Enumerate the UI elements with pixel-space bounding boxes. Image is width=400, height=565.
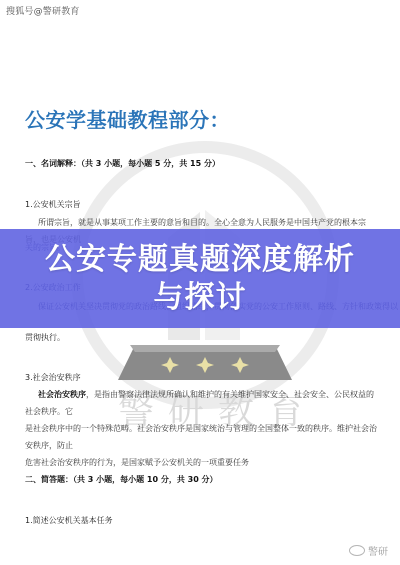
banner-title-line1: 公安专题真题深度解析 (45, 241, 355, 279)
item-title-3: 3.社会治安秩序 (25, 372, 81, 383)
paragraph-line: 是社会秩序中的一个特殊范畴。社会治安秩序是国家统治与管理的全国整体一致的秩序。维… (25, 424, 377, 450)
banner: 公安专题真题深度解析 与探讨 (0, 229, 400, 328)
section-heading-1: 一、名词解释：（共 3 小题，每小题 5 分，共 15 分） (25, 158, 220, 169)
item-title-1: 1.公安机关宗旨 (25, 199, 81, 210)
section-heading-2: 二、简答题：（共 3 小题，每小题 10 分，共 30 分） (25, 474, 218, 485)
paragraph-line: 危害社会治安秩序的行为，是国家赋予公安机关的一项重要任务 (25, 458, 249, 467)
item-paragraph-3: 社会治安秩序，是指由警察法律法规所确认和维护的有关维护国家安全、社会安全、公民权… (25, 386, 380, 471)
wechat-icon (349, 545, 365, 556)
footer-logo: 警研 (349, 543, 388, 558)
document-title: 公安学基础教程部分： (25, 104, 230, 133)
banner-title-line2: 与探讨 (154, 279, 247, 317)
item-title-s2-1: 1.简述公安机关基本任务 (25, 515, 113, 526)
footer-logo-text: 警研 (368, 543, 388, 558)
paragraph-bold-term: 社会治安秩序 (38, 390, 86, 399)
source-caption: 搜狐号@警研教育 (6, 4, 80, 17)
item-paragraph-2-end: 贯彻执行。 (25, 332, 65, 343)
